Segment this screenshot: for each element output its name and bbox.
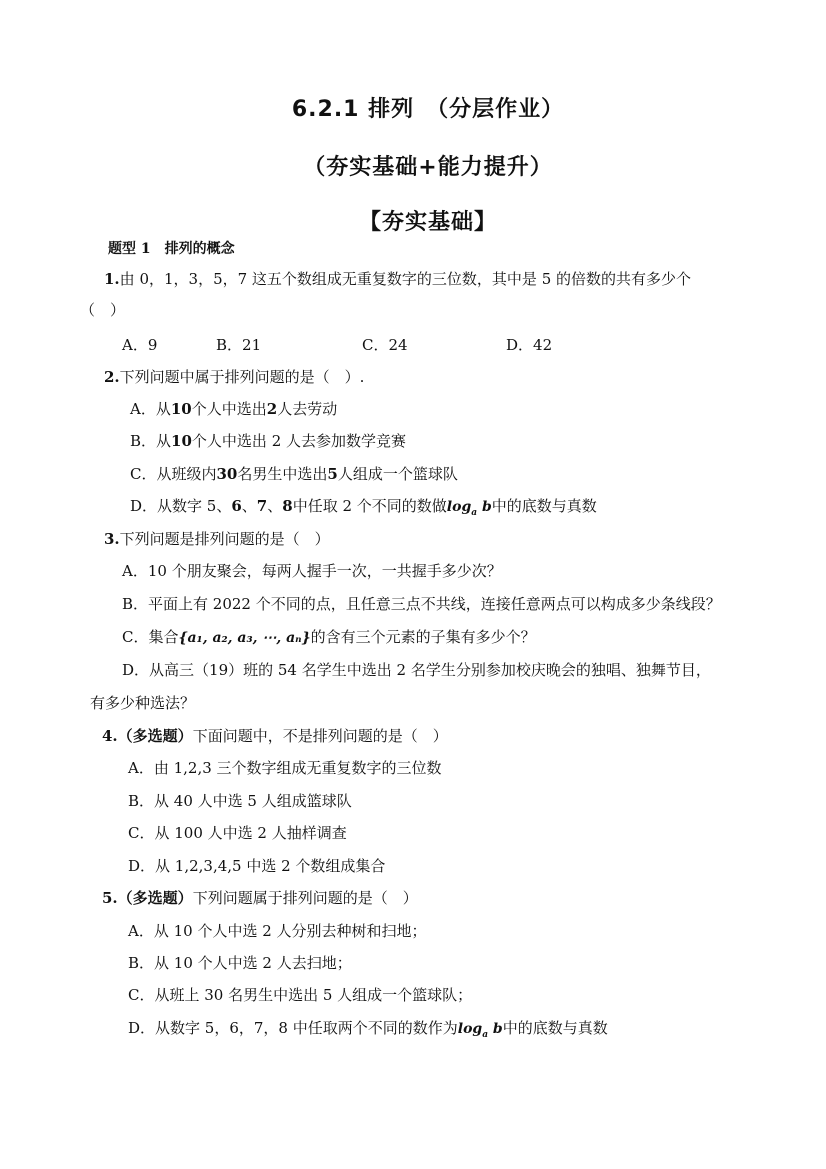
option-4b: B．从 40 人中选 5 人组成篮球队: [128, 790, 352, 811]
section-heading: 【夯实基础】: [0, 205, 826, 236]
document-title: 6.2.1 排列 （分层作业）: [0, 92, 826, 123]
question-number: 5.: [102, 889, 118, 907]
question-stem: 下列问题中属于排列问题的是（ ）.: [120, 368, 365, 386]
question-4: 4.（多选题）下面问题中，不是排列问题的是（ ）: [102, 725, 448, 746]
question-stem: 下面问题中，不是排列问题的是（ ）: [193, 727, 448, 745]
option-3c: C．集合{a₁, a₂, a₃, ⋯, aₙ}的含有三个元素的子集有多少个？: [122, 626, 536, 647]
option-1d: D．42: [506, 334, 552, 355]
option-3b: B．平面上有 2022 个不同的点，且任意三点不共线，连接任意两点可以构成多少条…: [122, 593, 721, 614]
option-5a: A．从 10 个人中选 2 人分别去种树和扫地；: [128, 920, 427, 941]
question-3: 3.下列问题是排列问题的是（ ）: [104, 528, 330, 549]
option-4a: A．由 1,2,3 三个数字组成无重复数字的三位数: [128, 757, 442, 778]
set-expression: {a₁, a₂, a₃, ⋯, aₙ}: [178, 630, 310, 646]
question-tag: （多选题）: [118, 727, 193, 745]
option-2c: C．从班级内30名男生中选出5人组成一个篮球队: [130, 463, 458, 484]
option-1c: C．24: [362, 334, 408, 355]
option-3d-cont: 有多少种选法？: [90, 692, 195, 713]
option-4c: C．从 100 人中选 2 人抽样调查: [128, 822, 347, 843]
option-5d: D．从数字 5，6，7，8 中任取两个不同的数作为loga b中的底数与真数: [128, 1017, 608, 1040]
document-subtitle: （夯实基础+能力提升）: [0, 150, 826, 181]
question-stem: 下列问题属于排列问题的是（ ）: [193, 889, 418, 907]
option-5b: B．从 10 个人中选 2 人去扫地；: [128, 952, 352, 973]
question-number: 2.: [104, 368, 120, 386]
log-expression: loga b: [447, 499, 492, 515]
option-1b: B．21: [216, 334, 261, 355]
option-2a: A．从10个人中选出2人去劳动: [130, 398, 337, 419]
topic-heading: 题型 1 排列的概念: [108, 238, 235, 258]
option-1a: A．9: [122, 334, 157, 355]
question-number: 3.: [104, 530, 120, 548]
question-5: 5.（多选题）下列问题属于排列问题的是（ ）: [102, 887, 418, 908]
option-4d: D．从 1,2,3,4,5 中选 2 个数组成集合: [128, 855, 385, 876]
option-2b: B．从10个人中选出 2 人去参加数学竞赛: [130, 430, 406, 451]
question-1: 1.由 0，1，3，5，7 这五个数组成无重复数字的三位数，其中是 5 的倍数的…: [104, 268, 691, 289]
option-3d: D．从高三（19）班的 54 名学生中选出 2 名学生分别参加校庆晚会的独唱、独…: [122, 659, 711, 680]
question-stem: 由 0，1，3，5，7 这五个数组成无重复数字的三位数，其中是 5 的倍数的共有…: [120, 270, 691, 288]
option-3a: A．10 个朋友聚会，每两人握手一次，一共握手多少次？: [122, 560, 502, 581]
question-number: 1.: [104, 270, 120, 288]
log-expression: loga b: [458, 1021, 503, 1037]
question-number: 4.: [102, 727, 118, 745]
question-tag: （多选题）: [118, 889, 193, 907]
question-2: 2.下列问题中属于排列问题的是（ ）.: [104, 366, 364, 387]
question-1-blank: （ ）: [80, 299, 125, 320]
question-stem: 下列问题是排列问题的是（ ）: [120, 530, 330, 548]
option-5c: C．从班上 30 名男生中选出 5 人组成一个篮球队；: [128, 984, 472, 1005]
option-2d: D．从数字 5、6、7、8中任取 2 个不同的数做loga b中的底数与真数: [130, 495, 597, 518]
